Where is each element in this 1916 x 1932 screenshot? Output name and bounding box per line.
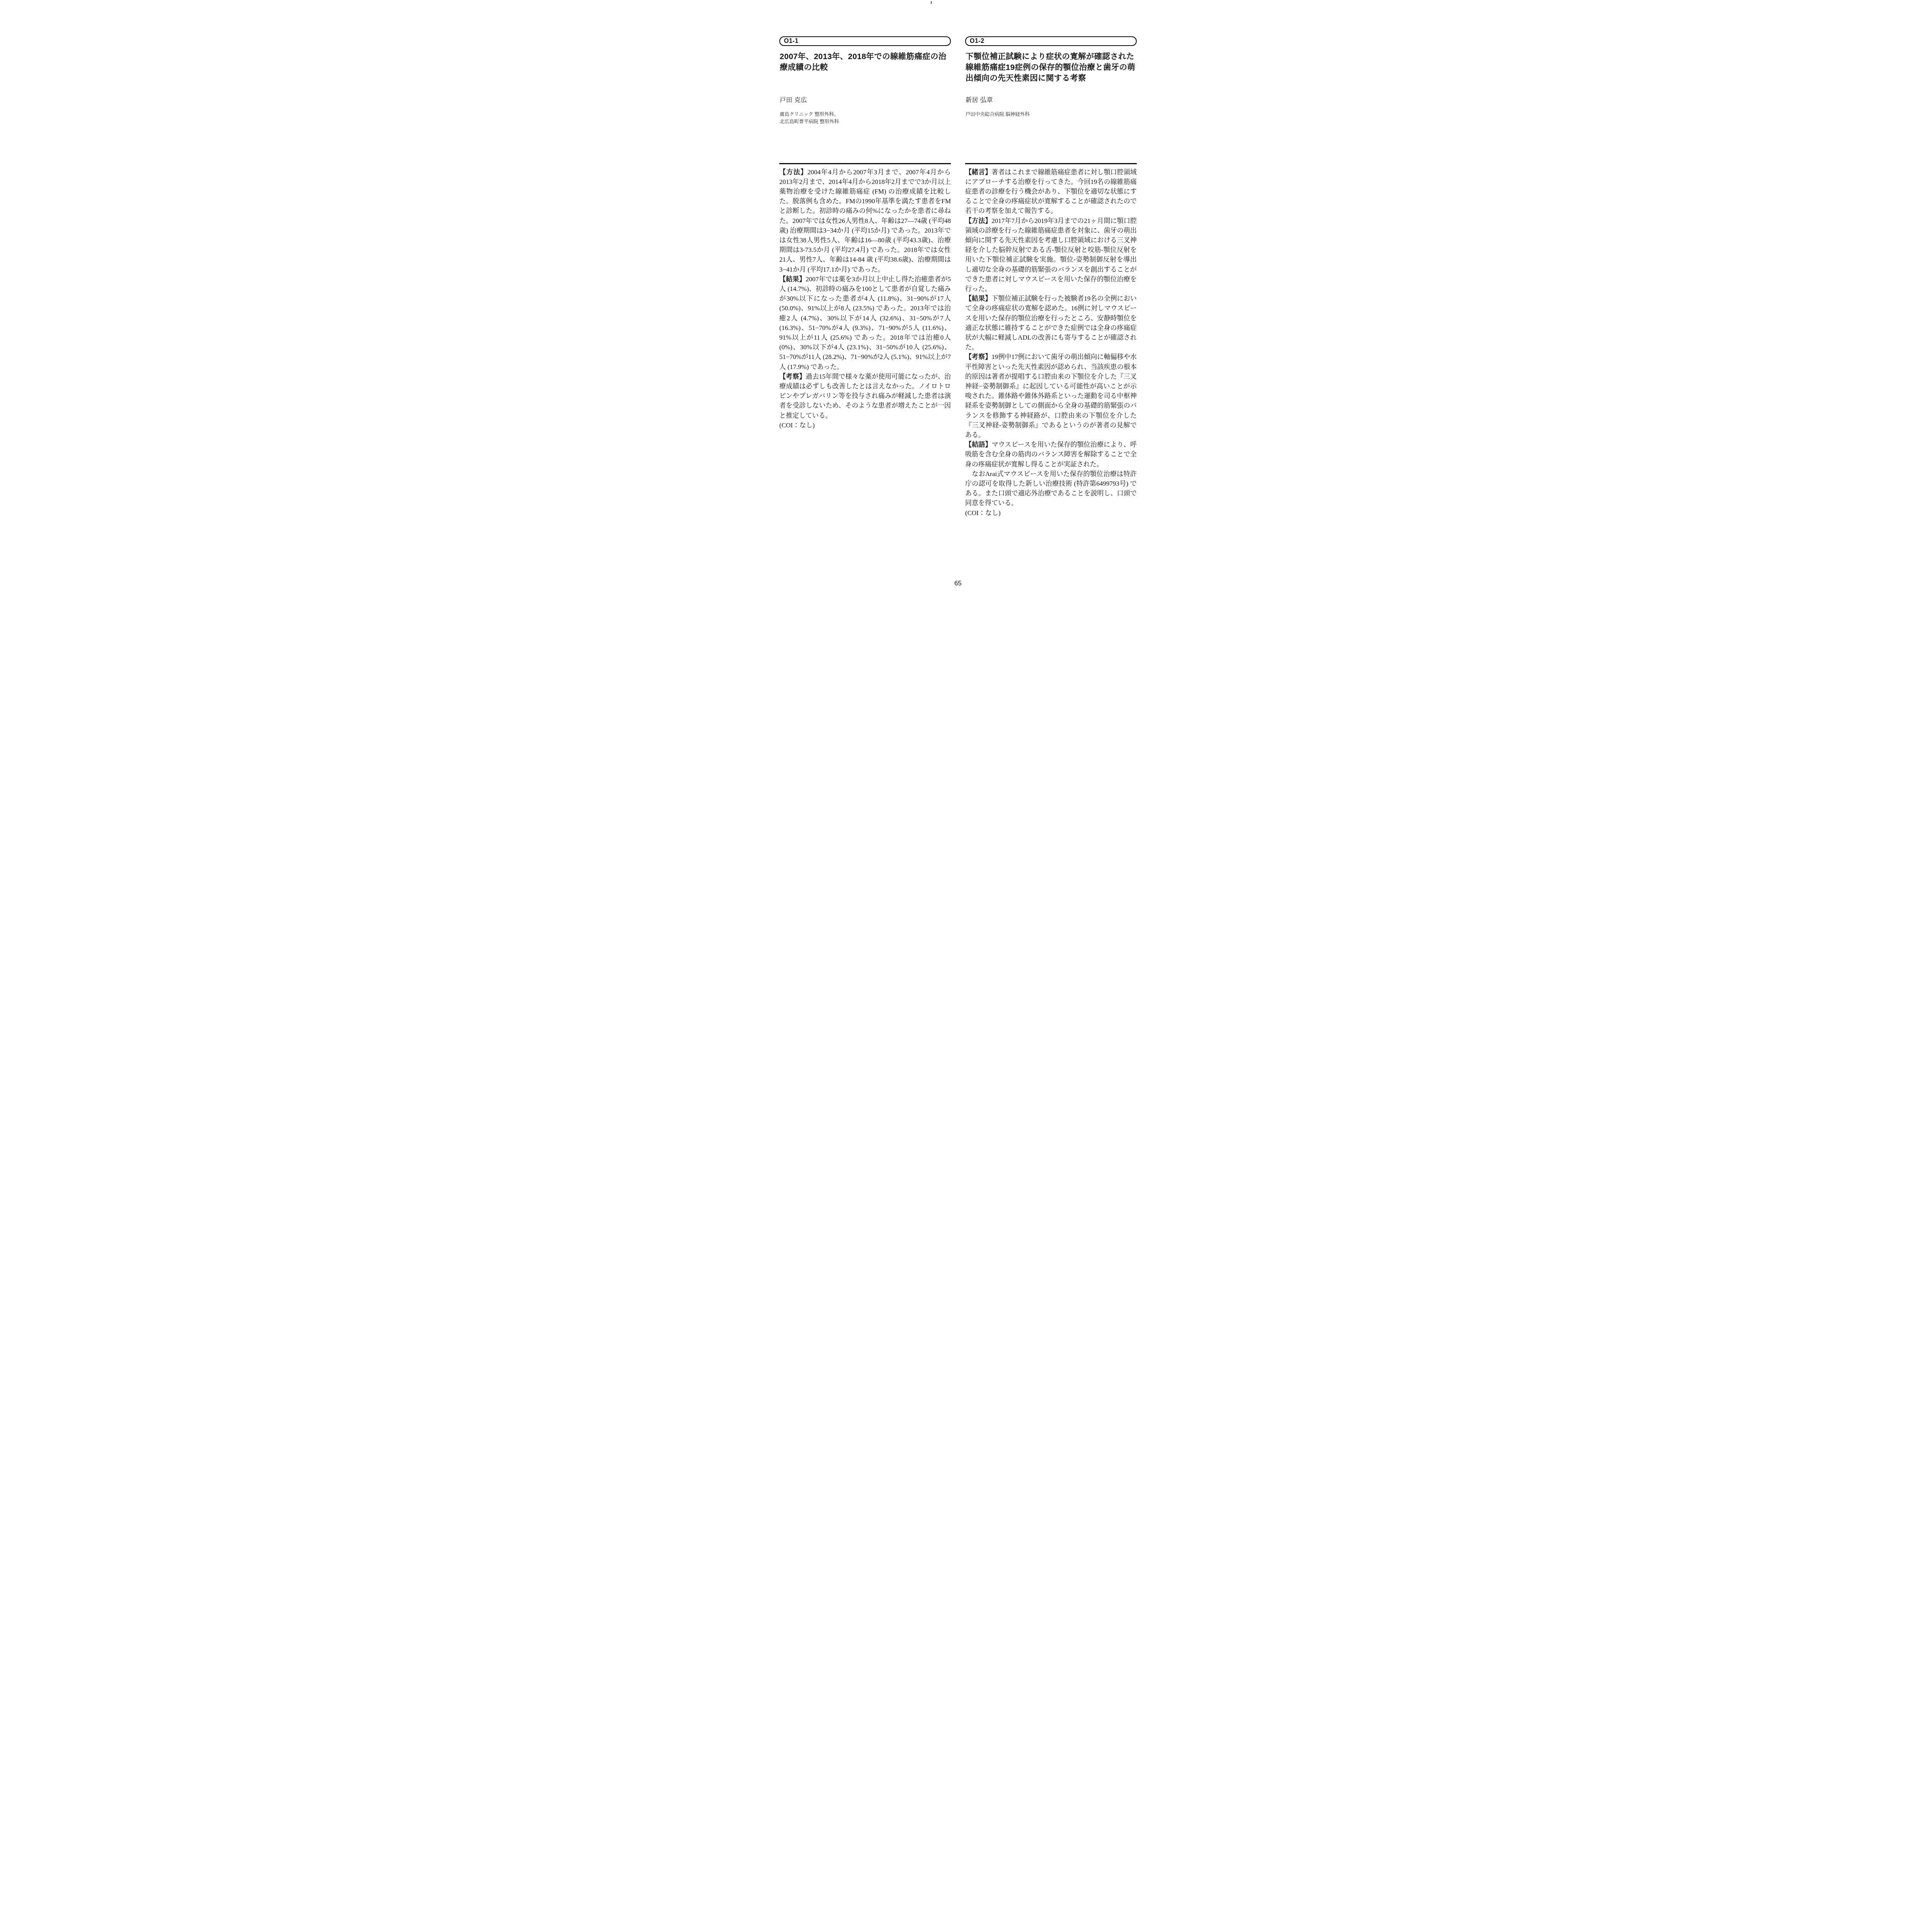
author-affiliation: 戸田中央総合病院 脳神経外科: [966, 111, 1030, 118]
abstract-paragraph: 【方法】2004年4月から2007年3月まで、2007年4月から2013年2月ま…: [779, 167, 951, 274]
abstract-body: 【緒言】著者はこれまで線維筋痛症患者に対し顎口腔領域にアプローチする治療を行って…: [965, 167, 1137, 518]
abstract-paragraph: なおArai式マウスピースを用いた保存的顎位治療は特許庁の認可を取得した新しい治…: [965, 469, 1137, 508]
two-column-content: O1-1 2007年、2013年、2018年での線維筋痛症の治療成績の比較 戸田…: [779, 0, 1137, 518]
abstract-paragraph: 【方法】2017年7月から2019年3月までの21ヶ月間に顎口腔領域の診療を行っ…: [965, 216, 1137, 294]
session-code: O1-2: [970, 38, 984, 45]
abstract-column-o1-1: O1-1 2007年、2013年、2018年での線維筋痛症の治療成績の比較 戸田…: [779, 0, 951, 518]
section-marker: 【緒言】: [965, 168, 991, 176]
abstract-header: O1-1 2007年、2013年、2018年での線維筋痛症の治療成績の比較 戸田…: [779, 0, 951, 163]
abstract-paragraph: 【緒言】著者はこれまで線維筋痛症患者に対し顎口腔領域にアプローチする治療を行って…: [965, 167, 1137, 216]
author-name: 戸田 克広: [780, 95, 807, 104]
author-name: 新居 弘章: [966, 95, 993, 104]
abstract-paragraph: 【考察】19例中17例において歯牙の萌出傾向に軸偏移や水平性障害といった先天性素…: [965, 352, 1137, 440]
section-marker: 【結果】: [779, 276, 806, 283]
abstract-paragraph: 【結果】2007年では薬を3か月以上中止し得た治癒患者が5人 (14.7%)、初…: [779, 274, 951, 372]
session-code: O1-1: [784, 38, 799, 45]
header-divider-rule: [965, 163, 1137, 164]
abstract-paragraph: 【結果】下顎位補正試験を行った被験者19名の全例において全身の疼痛症状の寛解を認…: [965, 294, 1137, 352]
section-marker: 【結語】: [965, 441, 992, 448]
abstract-title: 2007年、2013年、2018年での線維筋痛症の治療成績の比較: [780, 51, 951, 73]
header-divider-rule: [779, 163, 951, 164]
author-affiliation: 廣島クリニック 整形外科、 北広島町豊平病院 整形外科: [780, 111, 839, 126]
session-code-badge: O1-2: [965, 36, 1137, 46]
session-code-badge: O1-1: [779, 36, 951, 46]
section-marker: 【結果】: [965, 295, 991, 302]
section-marker: 【考察】: [965, 353, 991, 361]
page-number: 65: [743, 580, 1173, 587]
abstract-header: O1-2 下顎位補正試験により症状の寛解が確認された線維筋痛症19症例の保存的顎…: [965, 0, 1137, 163]
abstract-paragraph: (COI：なし): [965, 508, 1137, 518]
abstract-title: 下顎位補正試験により症状の寛解が確認された線維筋痛症19症例の保存的顎位治療と歯…: [966, 51, 1137, 84]
abstract-book-page: O1-1 2007年、2013年、2018年での線維筋痛症の治療成績の比較 戸田…: [743, 0, 1173, 610]
abstract-body: 【方法】2004年4月から2007年3月まで、2007年4月から2013年2月ま…: [779, 167, 951, 430]
section-marker: 【方法】: [965, 217, 991, 224]
section-marker: 【方法】: [779, 168, 808, 176]
abstract-paragraph: 【結語】マウスピースを用いた保存的顎位治療により、呼吸筋を含む全身の筋肉のバラン…: [965, 440, 1137, 469]
abstract-paragraph: (COI：なし): [779, 420, 951, 430]
abstract-column-o1-2: O1-2 下顎位補正試験により症状の寛解が確認された線維筋痛症19症例の保存的顎…: [965, 0, 1137, 518]
section-marker: 【考察】: [779, 373, 806, 380]
abstract-paragraph: 【考察】過去15年間で様々な薬が使用可能になったが、治療成績は必ずしも改善したと…: [779, 372, 951, 420]
